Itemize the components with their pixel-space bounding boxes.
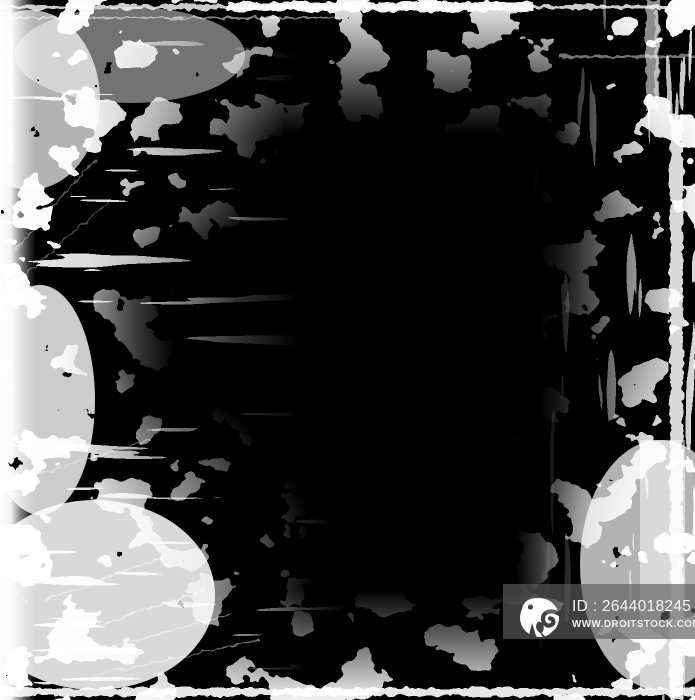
watermark-bar: ID : 2644018245 WWW.DROITSTOCK.COM [503,584,695,639]
watermark-text-block: ID : 2644018245 WWW.DROITSTOCK.COM [572,598,695,631]
watermark-website-text: WWW.DROITSTOCK.COM [572,619,695,631]
grunge-texture-image: ID : 2644018245 WWW.DROITSTOCK.COM [0,0,695,700]
watermark-id-text: ID : 2644018245 [572,598,695,615]
droitstock-logo-icon [518,595,562,639]
